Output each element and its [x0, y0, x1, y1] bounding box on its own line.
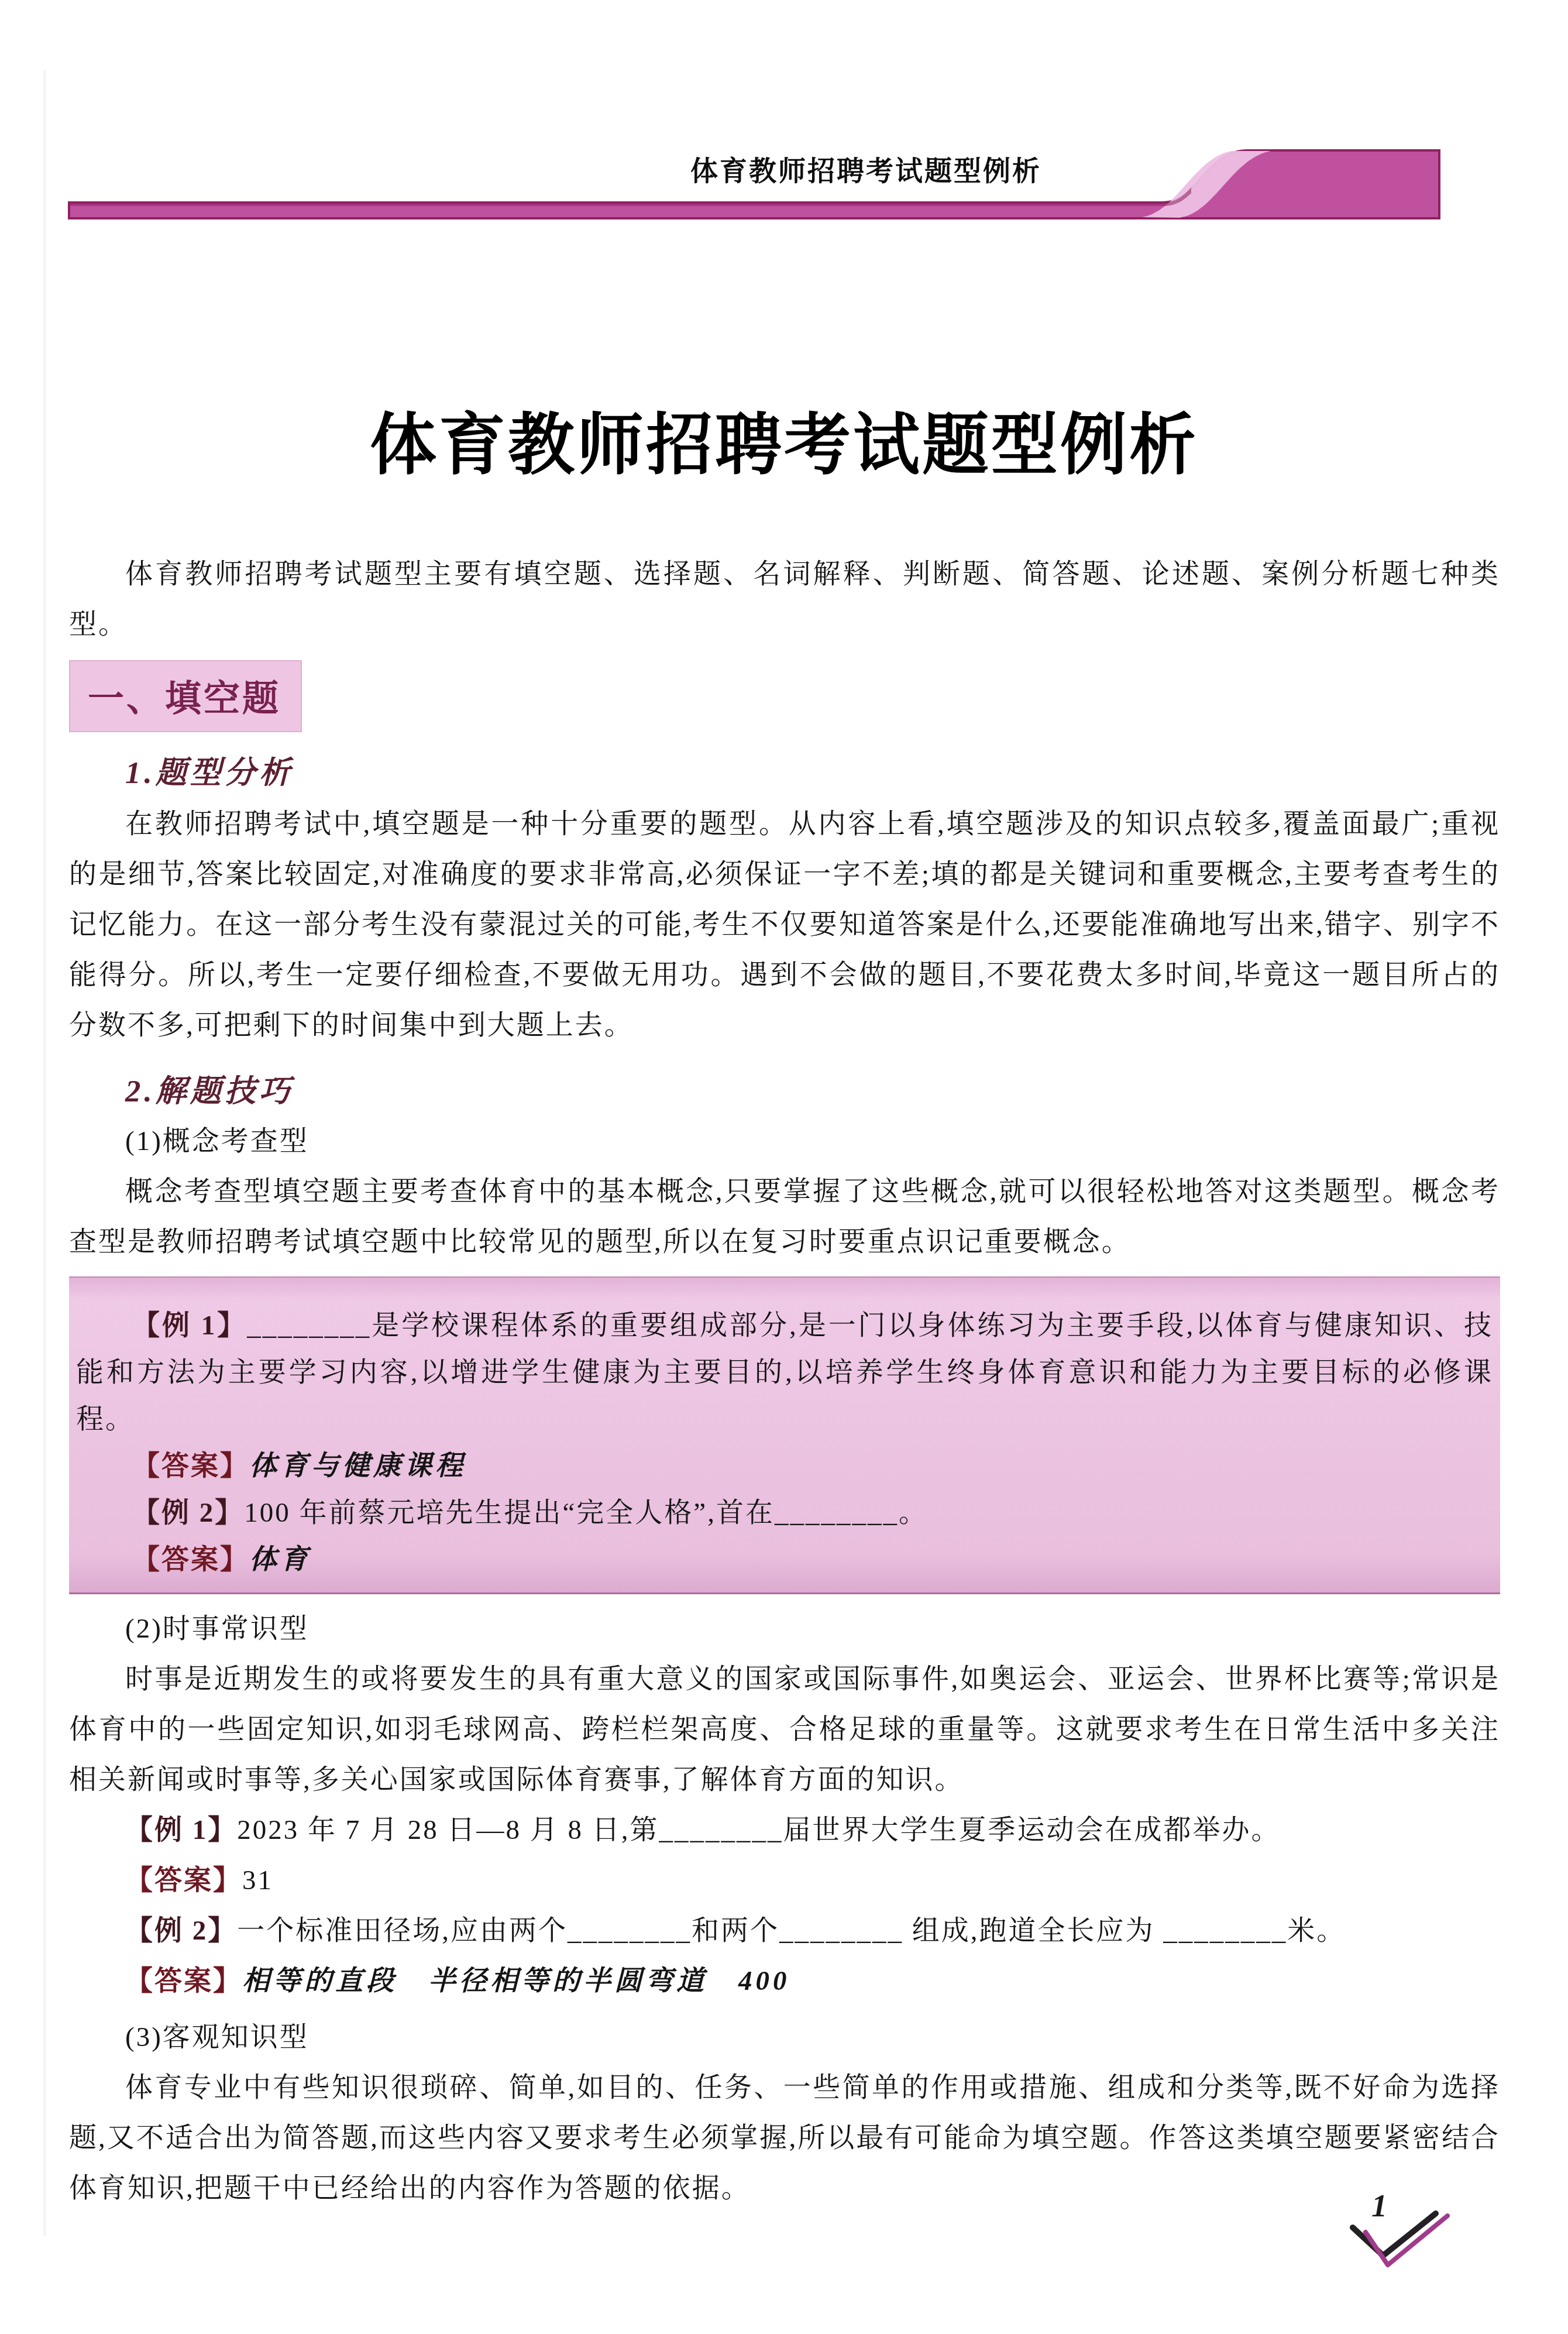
ribbon-top-edge [69, 187, 1191, 206]
section-fill-in: 一、填空题 1.题型分析 在教师招聘考试中,填空题是一种十分重要的题型。从内容上… [69, 650, 1500, 2213]
events-example-1-line: 【例 1】2023 年 7 月 28 日—8 月 8 日,第________届世… [69, 1805, 1500, 1855]
events-answer-1-text: 31 [242, 1865, 273, 1896]
events-example-2-marker: 【例 2】 [125, 1916, 237, 1946]
answer-1-marker: 【答案】 [132, 1451, 249, 1481]
concept-paragraph: 概念考查型填空题主要考查体育中的基本概念,只要掌握了这些概念,就可以很轻松地答对… [69, 1166, 1500, 1267]
subsection-title-analysis: 1.题型分析 [69, 754, 1500, 792]
example-1-marker: 【例 1】 [132, 1310, 247, 1341]
answer-2-line: 【答案】体育 [76, 1536, 1493, 1583]
intro-paragraph: 体育教师招聘考试题型主要有填空题、选择题、名词解释、判断题、简答题、论述题、案例… [69, 549, 1500, 650]
answer-1-text: 体育与健康课程 [249, 1451, 466, 1481]
subsection-title-skills: 2.解题技巧 [69, 1073, 1500, 1110]
subsection-title-concept: (1)概念考查型 [69, 1116, 1500, 1166]
subsection-title-current-events: (2)时事常识型 [69, 1604, 1500, 1654]
example-2-text: 100 年前蔡元培先生提出“完全人格”,首在________。 [244, 1498, 928, 1528]
example-1-line: 【例 1】________是学校课程体系的重要组成部分,是一门以身体练习为主要手… [76, 1302, 1493, 1443]
document-page: 体育教师招聘考试题型例析 体育教师招聘考试题型例析 体育教师招聘考试题型主要有填… [0, 0, 1568, 2334]
section-heading-fill-in: 一、填空题 [69, 660, 302, 732]
double-checkmark-icon [1343, 2205, 1454, 2275]
header-ribbon-graphic [0, 0, 1568, 246]
events-example-2-text: 一个标准田径场,应由两个________和两个________ 组成,跑道全长应… [237, 1916, 1346, 1946]
events-answer-1-marker: 【答案】 [125, 1865, 242, 1896]
events-answer-2-text: 相等的直段 半径相等的半圆弯道 400 [242, 1966, 790, 1996]
events-example-1-text: 2023 年 7 月 28 日—8 月 8 日,第________届世界大学生夏… [237, 1815, 1280, 1845]
events-example-2-line: 【例 2】一个标准田径场,应由两个________和两个________ 组成,… [69, 1906, 1500, 1956]
example-2-line: 【例 2】100 年前蔡元培先生提出“完全人格”,首在________。 [76, 1489, 1493, 1536]
answer-2-marker: 【答案】 [132, 1544, 249, 1575]
page-title: 体育教师招聘考试题型例析 [0, 391, 1568, 487]
example-2-marker: 【例 2】 [132, 1498, 244, 1528]
current-events-paragraph: 时事是近期发生的或将要发生的具有重大意义的国家或国际事件,如奥运会、亚运会、世界… [69, 1654, 1500, 1805]
events-answer-2-line: 【答案】相等的直段 半径相等的半圆弯道 400 [69, 1956, 1500, 2006]
subsection-title-objective: (3)客观知识型 [69, 2012, 1500, 2062]
example-box: 【例 1】________是学校课程体系的重要组成部分,是一门以身体练习为主要手… [69, 1276, 1500, 1594]
events-example-1-marker: 【例 1】 [125, 1815, 237, 1845]
answer-1-line: 【答案】体育与健康课程 [76, 1443, 1493, 1489]
answer-2-text: 体育 [249, 1544, 311, 1575]
objective-paragraph: 体育专业中有些知识很琐碎、简单,如目的、任务、一些简单的作用或措施、组成和分类等… [69, 2062, 1500, 2213]
events-answer-2-marker: 【答案】 [125, 1966, 242, 1996]
analysis-paragraph: 在教师招聘考试中,填空题是一种十分重要的题型。从内容上看,填空题涉及的知识点较多… [69, 799, 1500, 1051]
example-1-text: ________是学校课程体系的重要组成部分,是一门以身体练习为主要手段,以体育… [76, 1310, 1493, 1434]
content-column: 体育教师招聘考试题型主要有填空题、选择题、名词解释、判断题、简答题、论述题、案例… [69, 549, 1500, 2213]
events-answer-1-line: 【答案】31 [69, 1855, 1500, 1906]
